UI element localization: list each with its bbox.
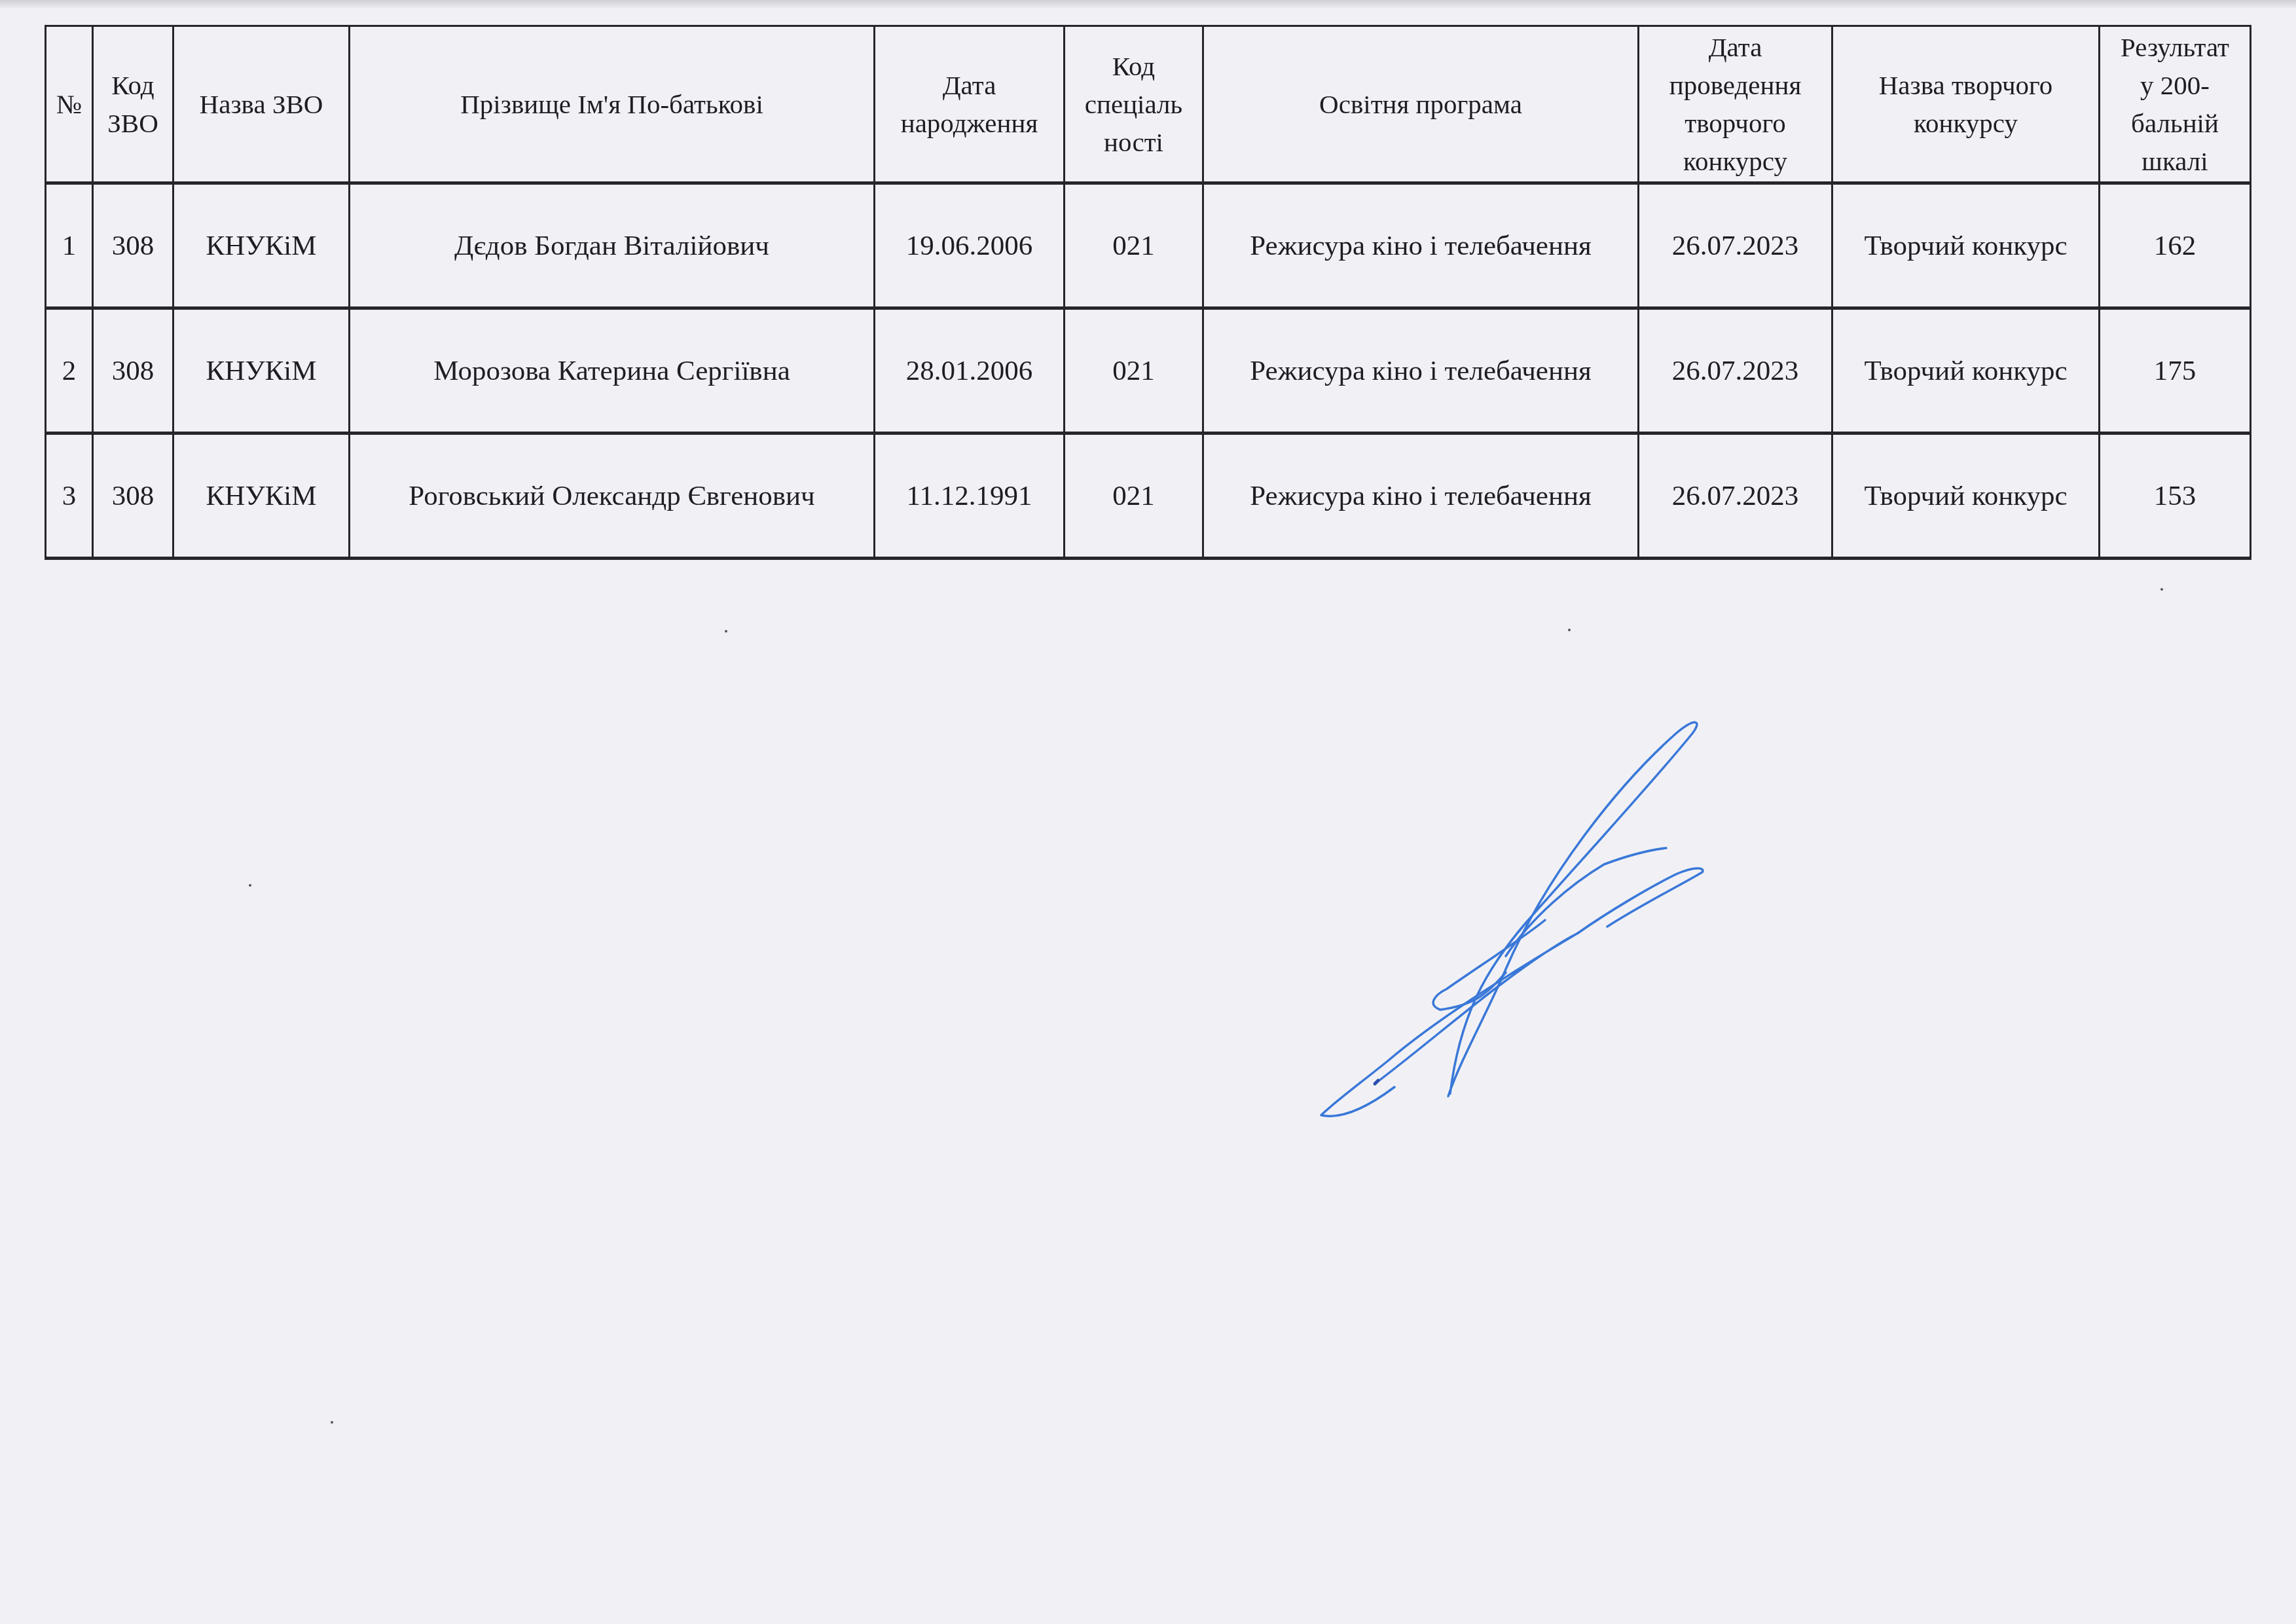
column-header-text: Назва ЗВО xyxy=(178,85,344,123)
table-row: 3308КНУКіМРоговський Олександр Євгенович… xyxy=(46,434,2251,559)
cell-num: 3 xyxy=(46,434,93,559)
column-header-text: ЗВО xyxy=(98,104,168,142)
header-row: №КодЗВОНазва ЗВОПрізвище Ім'я По-батьков… xyxy=(46,26,2251,183)
cell-hei-code: 308 xyxy=(93,434,173,559)
column-header-text: Код xyxy=(98,66,168,104)
cell-hei-name: КНУКіМ xyxy=(173,183,350,308)
column-header-text: Результат xyxy=(2104,28,2246,66)
column-header-text: спеціаль xyxy=(1069,85,1198,123)
column-header-hei-code: КодЗВО xyxy=(93,26,173,183)
cell-specialty-code: 021 xyxy=(1065,308,1203,434)
table-row: 2308КНУКіММорозова Катерина Сергіївна28.… xyxy=(46,308,2251,434)
results-table: №КодЗВОНазва ЗВОПрізвище Ім'я По-батьков… xyxy=(45,25,2251,560)
cell-full-name: Дєдов Богдан Віталійович xyxy=(350,183,875,308)
column-header-text: у 200- xyxy=(2104,66,2246,104)
cell-num: 2 xyxy=(46,308,93,434)
column-header-specialty-code: Кодспеціальності xyxy=(1065,26,1203,183)
scan-speck xyxy=(725,630,727,633)
column-header-score: Результату 200-бальнійшкалі xyxy=(2100,26,2251,183)
column-header-birth-date: Датанародження xyxy=(875,26,1065,183)
cell-contest-name: Творчий конкурс xyxy=(1832,308,2100,434)
cell-contest-name: Творчий конкурс xyxy=(1832,183,2100,308)
scan-speck xyxy=(249,884,251,887)
column-header-num: № xyxy=(46,26,93,183)
cell-birth-date: 11.12.1991 xyxy=(875,434,1065,559)
cell-birth-date: 19.06.2006 xyxy=(875,183,1065,308)
column-header-text: Назва творчого xyxy=(1837,66,2094,104)
column-header-text: Освітня програма xyxy=(1208,85,1633,123)
column-header-contest-date: Датапроведеннятворчогоконкурсу xyxy=(1639,26,1832,183)
column-header-text: шкалі xyxy=(2104,142,2246,180)
column-header-text: ності xyxy=(1069,123,1198,161)
column-header-hei-name: Назва ЗВО xyxy=(173,26,350,183)
column-header-text: Код xyxy=(1069,47,1198,85)
column-header-text: конкурсу xyxy=(1837,104,2094,142)
signature-strokes xyxy=(1321,722,1703,1116)
cell-hei-name: КНУКіМ xyxy=(173,434,350,559)
cell-hei-name: КНУКіМ xyxy=(173,308,350,434)
column-header-text: Дата xyxy=(879,66,1059,104)
scan-speck xyxy=(331,1421,333,1424)
cell-specialty-code: 021 xyxy=(1065,183,1203,308)
column-header-program: Освітня програма xyxy=(1203,26,1639,183)
table-row: 1308КНУКіМДєдов Богдан Віталійович19.06.… xyxy=(46,183,2251,308)
cell-contest-date: 26.07.2023 xyxy=(1639,183,1832,308)
cell-program: Режисура кіно і телебачення xyxy=(1203,183,1639,308)
cell-full-name: Роговський Олександр Євгенович xyxy=(350,434,875,559)
signature xyxy=(1309,707,2160,1179)
scan-speck xyxy=(2160,588,2163,591)
cell-score: 153 xyxy=(2100,434,2251,559)
column-header-contest-name: Назва творчогоконкурсу xyxy=(1832,26,2100,183)
cell-hei-code: 308 xyxy=(93,183,173,308)
column-header-text: Прізвище Ім'я По-батькові xyxy=(354,85,869,123)
cell-contest-date: 26.07.2023 xyxy=(1639,434,1832,559)
cell-contest-name: Творчий конкурс xyxy=(1832,434,2100,559)
column-header-text: Дата xyxy=(1643,28,1827,66)
cell-program: Режисура кіно і телебачення xyxy=(1203,434,1639,559)
table-body: 1308КНУКіМДєдов Богдан Віталійович19.06.… xyxy=(46,183,2251,559)
column-header-text: № xyxy=(50,85,88,123)
cell-score: 162 xyxy=(2100,183,2251,308)
column-header-text: творчого xyxy=(1643,104,1827,142)
cell-score: 175 xyxy=(2100,308,2251,434)
cell-contest-date: 26.07.2023 xyxy=(1639,308,1832,434)
cell-program: Режисура кіно і телебачення xyxy=(1203,308,1639,434)
cell-birth-date: 28.01.2006 xyxy=(875,308,1065,434)
cell-specialty-code: 021 xyxy=(1065,434,1203,559)
cell-num: 1 xyxy=(46,183,93,308)
cell-hei-code: 308 xyxy=(93,308,173,434)
column-header-text: проведення xyxy=(1643,66,1827,104)
scan-speck xyxy=(1568,629,1571,631)
column-header-text: конкурсу xyxy=(1643,142,1827,180)
cell-full-name: Морозова Катерина Сергіївна xyxy=(350,308,875,434)
scan-edge-shadow xyxy=(0,0,2296,9)
column-header-full-name: Прізвище Ім'я По-батькові xyxy=(350,26,875,183)
column-header-text: бальній xyxy=(2104,104,2246,142)
column-header-text: народження xyxy=(879,104,1059,142)
